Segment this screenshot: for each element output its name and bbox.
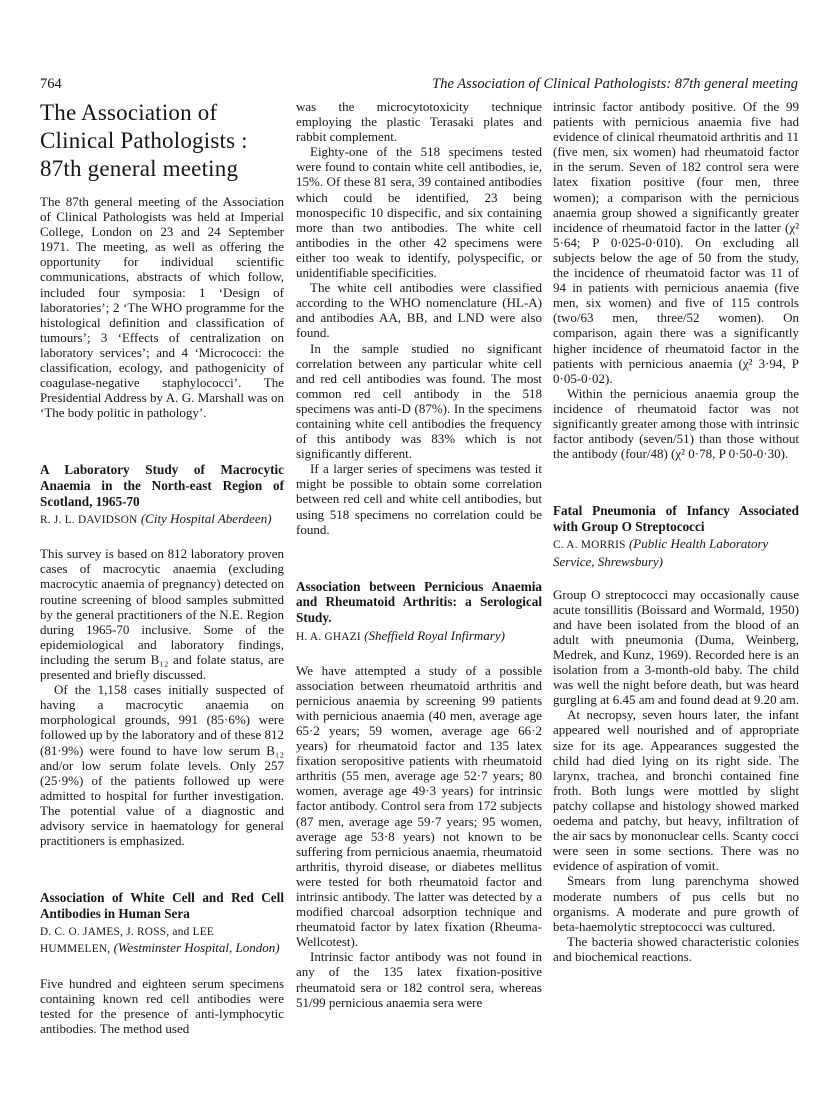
byline-pneumonia: C. A. MORRIS (Public Health Laboratory S… (553, 536, 799, 568)
section-heading-pernicious: Association between Pernicious Anaemia a… (296, 579, 542, 626)
paragraph: If a larger series of specimens was test… (296, 461, 542, 536)
paragraph: In the sample studied no significant cor… (296, 341, 542, 462)
paragraph: Intrinsic factor antibody was not found … (296, 949, 542, 1009)
section-heading-pneumonia: Fatal Pneumonia of Infancy Associated wi… (553, 503, 799, 534)
paragraph: We have attempted a study of a possible … (296, 663, 542, 950)
paragraph: Eighty-one of the 518 specimens tested w… (296, 144, 542, 280)
paragraph: Smears from lung parenchyma showed moder… (553, 873, 799, 933)
author-names: C. A. MORRIS (553, 539, 626, 551)
affiliation: (Westminster Hospital, London) (114, 940, 280, 955)
author-names: H. A. GHAZI (296, 631, 361, 643)
running-header: 764 The Association of Clinical Patholog… (40, 76, 798, 93)
paragraph-continuation: intrinsic factor antibody positive. Of t… (553, 99, 799, 386)
paragraph: The bacteria showed characteristic colon… (553, 934, 799, 964)
paragraph: Of the 1,158 cases initially suspected o… (40, 682, 284, 848)
paragraph: At necropsy, seven hours later, the infa… (553, 707, 799, 873)
author-names: R. J. L. DAVIDSON (40, 514, 138, 526)
paragraph: The white cell antibodies were classifie… (296, 280, 542, 340)
page-number: 764 (40, 76, 62, 93)
paragraph: Group O streptococci may occasionally ca… (553, 587, 799, 708)
journal-page: 764 The Association of Clinical Patholog… (0, 0, 816, 1118)
column-left: The Association of Clinical Pathologists… (40, 99, 284, 1036)
paragraph: Within the pernicious anaemia group the … (553, 386, 799, 461)
column-middle: was the microcytotoxicity technique empl… (296, 99, 542, 1010)
paragraph: This survey is based on 812 laboratory p… (40, 546, 284, 682)
article-title: The Association of Clinical Pathologists… (40, 99, 284, 183)
running-title: The Association of Clinical Pathologists… (432, 76, 798, 93)
column-right: intrinsic factor antibody positive. Of t… (553, 99, 799, 964)
paragraph-continuation: was the microcytotoxicity technique empl… (296, 99, 542, 144)
intro-paragraph: The 87th general meeting of the Associat… (40, 194, 284, 420)
byline-white-red: D. C. O. JAMES, J. ROSS, and LEE HUMMELE… (40, 923, 284, 957)
section-heading-white-red: Association of White Cell and Red Cell A… (40, 890, 284, 921)
section-heading-macrocytic: A Laboratory Study of Macrocytic Anaemia… (40, 462, 284, 509)
byline-pernicious: H. A. GHAZI (Sheffield Royal Infirmary) (296, 628, 542, 645)
byline-macrocytic: R. J. L. DAVIDSON (City Hospital Aberdee… (40, 511, 284, 528)
affiliation: (Sheffield Royal Infirmary) (364, 628, 505, 643)
paragraph: Five hundred and eighteen serum specimen… (40, 976, 284, 1036)
affiliation: (City Hospital Aberdeen) (141, 511, 272, 526)
